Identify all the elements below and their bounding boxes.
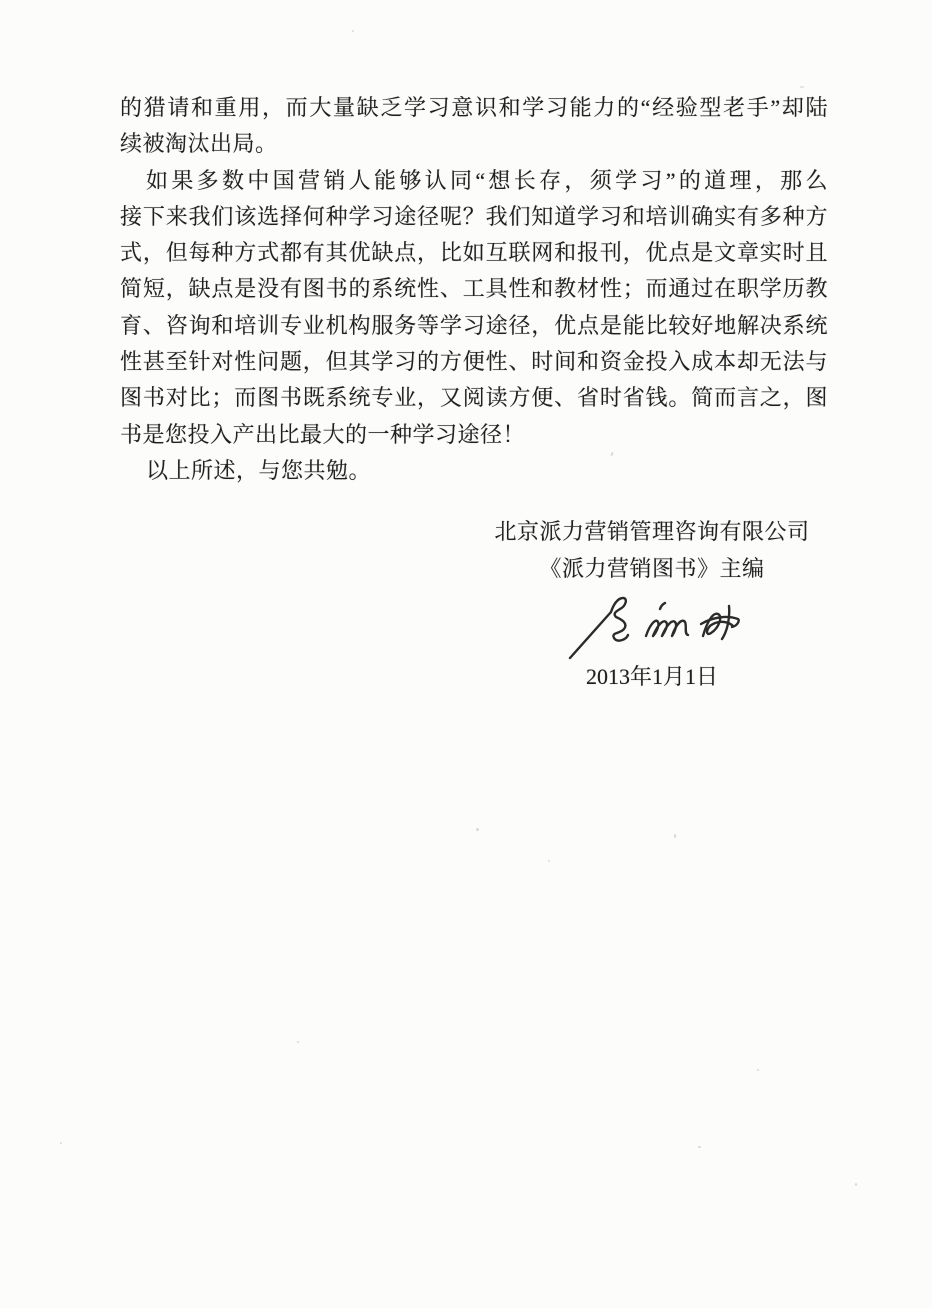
body-text-line: 以上所述，与您共勉。 [120, 453, 828, 489]
scan-speck [60, 1142, 62, 1144]
body-text-line: 简短，缺点是没有图书的系统性、工具性和教材性；而通过在职学历教 [120, 271, 828, 307]
handwritten-signature-icon [533, 586, 748, 664]
body-text-line: 的猎请和重用，而大量缺乏学习意识和学习能力的“经验型老手”却陆 [120, 90, 828, 126]
body-text-line: 书是您投入产出比最大的一种学习途径！ [120, 417, 828, 453]
scan-speck [297, 1041, 299, 1043]
body-text-line: 性甚至针对性问题，但其学习的方便性、时间和资金投入成本却无法与 [120, 344, 828, 380]
body-text-line: 育、咨询和培训专业机构服务等学习途径，优点是能比较好地解决系统 [120, 308, 828, 344]
body-text-line: 续被淘汰出局。 [120, 126, 828, 162]
scanned-document-page: 的猎请和重用，而大量缺乏学习意识和学习能力的“经验型老手”却陆续被淘汰出局。如果… [0, 0, 932, 1308]
scan-speck [352, 30, 354, 32]
scan-speck [855, 1183, 857, 1186]
body-text-line: 如果多数中国营销人能够认同“想长存，须学习”的道理，那么 [120, 163, 828, 199]
signoff-editor-title: 《派力营销图书》主编 [462, 557, 842, 581]
body-text-line: 图书对比；而图书既系统专业，又阅读方便、省时省钱。简而言之，图 [120, 380, 828, 416]
body-text-line: 接下来我们该选择何种学习途径呢？我们知道学习和培训确实有多种方 [120, 199, 828, 235]
scan-speck [698, 1146, 701, 1148]
scan-speck [800, 86, 804, 88]
scan-speck [476, 828, 479, 831]
scan-speck [674, 834, 676, 838]
body-text: 的猎请和重用，而大量缺乏学习意识和学习能力的“经验型老手”却陆续被淘汰出局。如果… [120, 90, 828, 489]
signoff-date: 2013年1月1日 [462, 664, 842, 690]
scan-speck [548, 860, 550, 862]
signoff-company: 北京派力营销管理咨询有限公司 [462, 520, 842, 544]
body-text-line: 式，但每种方式都有其优缺点，比如互联网和报刊，优点是文章实时且 [120, 235, 828, 271]
scan-speck [757, 1069, 759, 1071]
signoff-block: 北京派力营销管理咨询有限公司 《派力营销图书》主编 [462, 520, 842, 581]
